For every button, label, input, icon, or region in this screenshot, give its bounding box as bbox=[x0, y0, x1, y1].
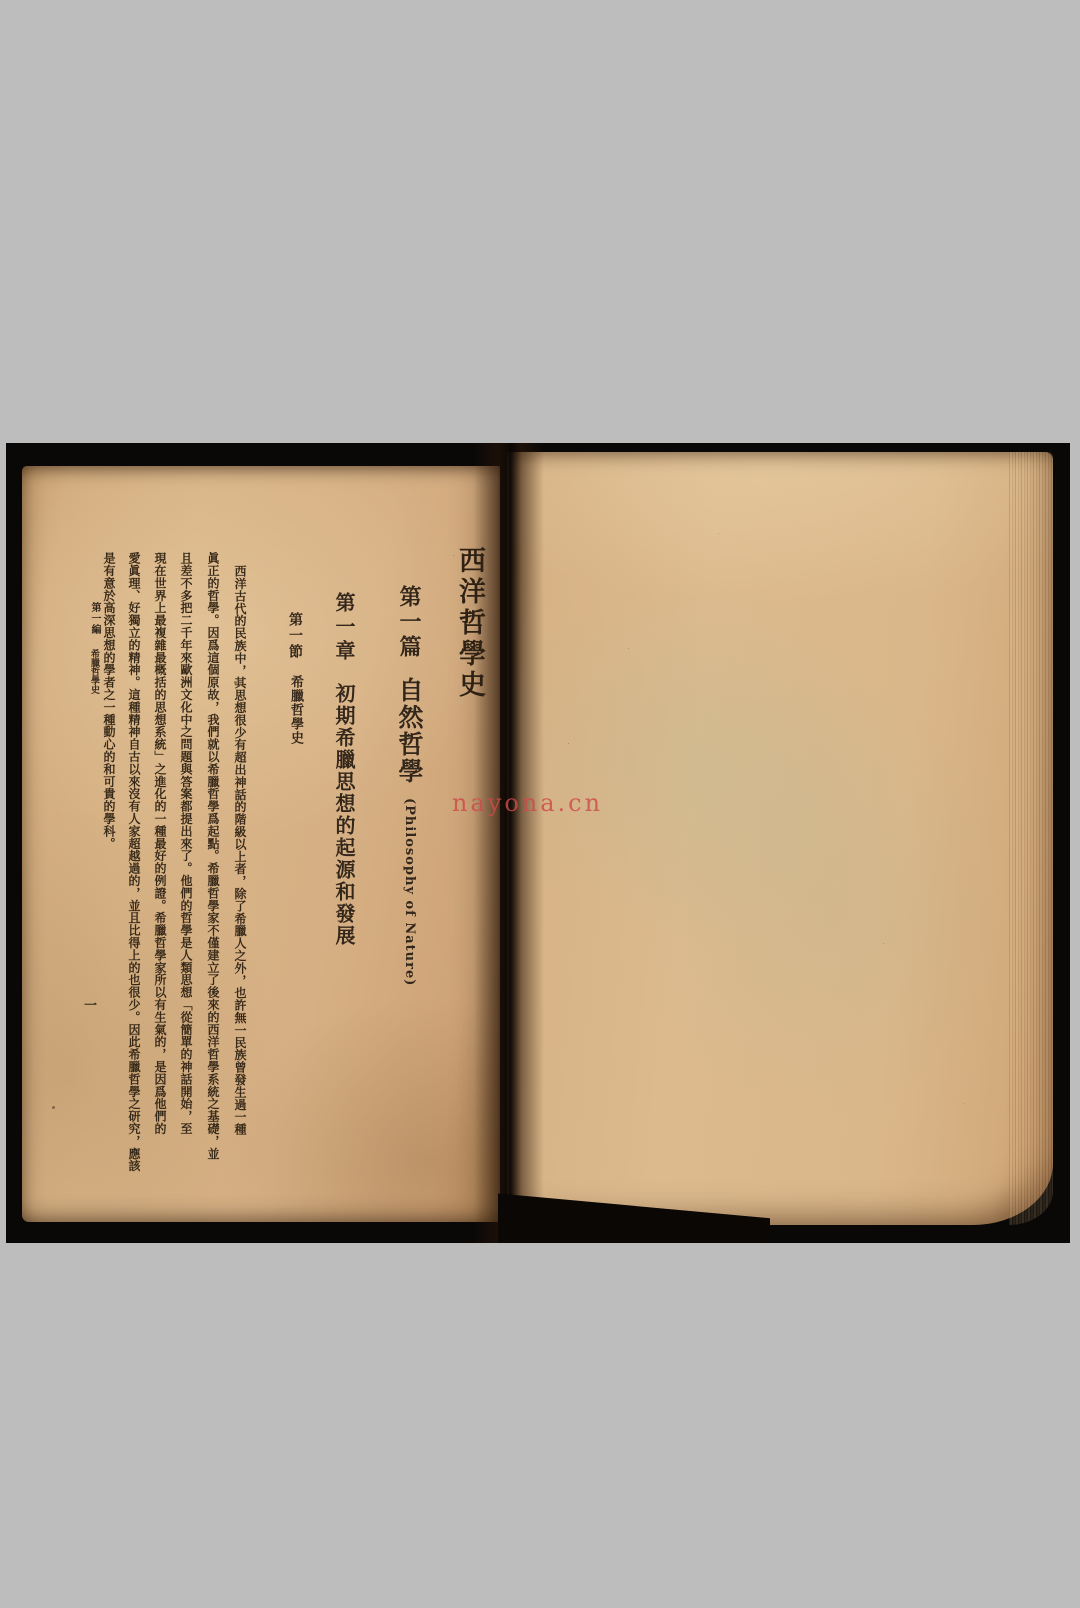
body-column-1: 西洋古代的民族中，其思想很少有超出神話的階級以上者，除了希臘人之外，也許無一民族… bbox=[232, 565, 249, 1135]
body-column-3: 且差不多把二千年來歐洲文化中之問題與答案都提出來了。他們的哲學是人類思想「從簡單… bbox=[178, 552, 195, 1135]
section-title: 希臘哲學史 bbox=[288, 675, 303, 745]
chapter-title: 初期希臘思想的起源和發展 bbox=[332, 683, 356, 947]
body-column-6: 是有意於高深思想的學者之一種動心的和可貴的學科。 bbox=[101, 552, 118, 850]
site-watermark: nayona.cn bbox=[452, 789, 603, 817]
margin-header: 第一編 希臘哲學史 bbox=[85, 602, 104, 694]
part-title-latin: (Philosophy of Nature) bbox=[402, 798, 417, 986]
margin-header-part: 第一編 bbox=[89, 602, 100, 635]
paper-specks bbox=[22, 466, 25, 469]
part-label: 第一篇 bbox=[396, 585, 422, 660]
margin-header-title: 希臘哲學史 bbox=[89, 649, 99, 694]
chapter-heading: 第一章 初期希臘思想的起源和發展 bbox=[330, 592, 359, 947]
fore-edge-page-stack bbox=[1009, 452, 1053, 1225]
body-column-5: 愛眞理、好獨立的精神。這種精神自古以來沒有人家超越過的，並且比得上的也很少。因此… bbox=[126, 552, 143, 1172]
book-scan-photo: 西洋哲學史 第一篇 自然哲學 (Philosophy of Nature) 第一… bbox=[6, 443, 1070, 1243]
section-label: 第一節 bbox=[287, 612, 303, 660]
body-column-2: 眞正的哲學。因爲這個原故，我們就以希臘哲學爲起點。希臘哲學家不僅建立了後來的西洋… bbox=[205, 552, 222, 1160]
chapter-label: 第一章 bbox=[332, 592, 356, 664]
part-heading: 第一篇 自然哲學 (Philosophy of Nature) bbox=[391, 585, 427, 987]
right-page bbox=[507, 452, 1053, 1225]
page-number: 一 bbox=[79, 998, 98, 1011]
gutter-shadow bbox=[474, 443, 544, 1243]
section-heading: 第一節 希臘哲學史 bbox=[285, 612, 305, 745]
left-page: 西洋哲學史 第一篇 自然哲學 (Philosophy of Nature) 第一… bbox=[22, 466, 500, 1222]
body-column-4: 現在世界上最複雜最概括的思想系統」之進化的一種最好的例證。希臘哲學家所以有生氣的… bbox=[152, 552, 169, 1135]
part-title: 自然哲學 bbox=[395, 677, 424, 785]
